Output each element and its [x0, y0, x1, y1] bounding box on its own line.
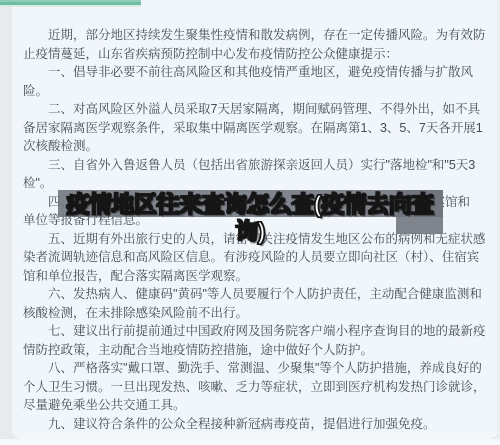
page: 近期，部分地区持续发生聚集性疫情和散发病例，存在一定传播风险。为有效防 止疫情蔓… [0, 0, 500, 445]
article-line: 次核酸检测。 [23, 137, 470, 156]
article-line: 九、建议符合条件的公众全程接种新冠病毒疫苗，提倡进行加强免疫。 [23, 415, 470, 434]
article-title-overlay: 疫情地区往来查询怎么查(疫情去向查 询) [30, 191, 470, 245]
bottom-edge-strip [0, 439, 500, 445]
article-line: 尽量避免乘坐公共交通工具。 [23, 396, 470, 415]
article-line: 六、发热病人、健康码"黄码"等人员要履行个人防护责任，主动配合健康监测和 [23, 285, 470, 304]
article-line: 情防控政策，主动配合当地疫情防控措施，途中做好个人防护。 [23, 341, 470, 360]
article-line: 馆和单位报告，配合落实隔离医学观察。 [23, 267, 470, 286]
article-line: 近期，部分地区持续发生聚集性疫情和散发病例，存在一定传播风险。为有效防 [23, 26, 470, 45]
article-line: 备居家隔离医学观察条件，采取集中隔离医学观察。在隔离第1、3、5、7天各开展1 [23, 119, 470, 138]
article-line: 三、自省外入鲁返鲁人员（包括出省旅游探亲返回人员）实行"落地检"和"5天3 [23, 156, 470, 175]
article-line: 八、严格落实"戴口罩、勤洗手、常测温、少聚集"等个人防护措施，养成良好的 [23, 359, 470, 378]
article-line: 止疫情蔓延，山东省疾病预防控制中心发布疫情防控公众健康提示： [23, 45, 470, 64]
article-title-line2: 询) [30, 218, 470, 245]
article-line: 核酸检测，在未排除感染风险前不出行。 [23, 304, 470, 323]
article-title-line1: 疫情地区往来查询怎么查(疫情去向查 [30, 191, 470, 218]
accent-bar [0, 0, 141, 7]
article-line: 险。 [23, 82, 470, 101]
article-line: 一、倡导非必要不前往高风险区和其他疫情严重地区，避免疫情传播与扩散风 [23, 63, 470, 82]
article-line: 二、对高风险区外溢人员采取7天居家隔离，期间赋码管理、不得外出，如不具 [23, 100, 470, 119]
article-line: 染者流调轨迹信息和高风险区信息。有涉疫风险的人员要立即向社区（村）、住宿宾 [23, 248, 470, 267]
article-line: 七、建议出行前提前通过中国政府网及国务院客户端小程序查询目的地的最新疫 [23, 322, 470, 341]
article-line: 个人卫生习惯。一旦出现发热、咳嗽、乏力等症状，立即到医疗机构发热门诊就诊， [23, 378, 470, 397]
